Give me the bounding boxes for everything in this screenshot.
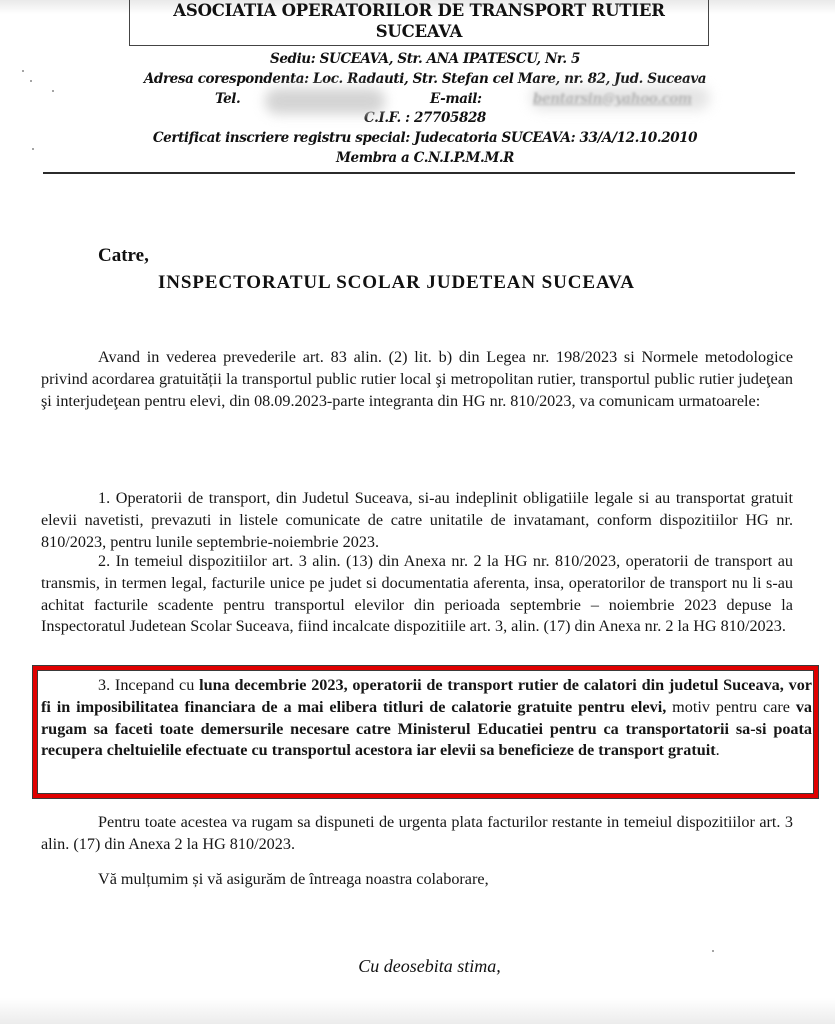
registry-certificate: Certificat inscriere registru special: J… (100, 129, 750, 149)
fiscal-code: C.I.F. : 27705828 (100, 109, 750, 129)
recipient-name: INSPECTORATUL SCOLAR JUDETEAN SUCEAVA (158, 272, 635, 294)
salutation: Catre, (98, 245, 149, 267)
organization-name-line-1: ASOCIATIA OPERATORILOR DE TRANSPORT RUTI… (130, 0, 708, 21)
scan-speck (22, 70, 24, 72)
intro-paragraph: Avand in vederea prevederile art. 83 ali… (41, 347, 793, 412)
scan-speck (30, 80, 32, 82)
email-redaction-blur (530, 86, 710, 110)
point-3-segment: motiv pentru care (666, 698, 796, 716)
phone-label: Tel. (215, 90, 240, 110)
point-1-paragraph: 1. Operatorii de transport, din Judetul … (41, 488, 793, 553)
point-3-highlighted-paragraph: 3. Incepand cu luna decembrie 2023, oper… (41, 675, 812, 762)
organization-name-line-2: SUCEAVA (130, 21, 708, 42)
scan-bottom-shadow (0, 998, 835, 1024)
scan-speck (52, 90, 54, 92)
closing-regards: Cu deosebita stima, (12, 956, 835, 977)
point-2-paragraph: 2. In temeiul dispozitiilor art. 3 alin.… (41, 551, 793, 638)
thanks-paragraph: Vă mulțumim și vă asigurăm de întreaga n… (41, 869, 793, 891)
letter-page: ASOCIATIA OPERATORILOR DE TRANSPORT RUTI… (0, 0, 835, 1024)
request-paragraph: Pentru toate acestea va rugam sa dispune… (41, 812, 793, 856)
membership-note: Membra a C.N.I.P.M.M.R (100, 149, 750, 169)
letterhead-divider (43, 172, 795, 174)
point-3-segment: 3. Incepand cu (98, 676, 199, 694)
scan-speck (32, 148, 34, 150)
letterhead-details: Sediu: SUCEAVA, Str. ANA IPATESCU, Nr. 5… (100, 50, 750, 169)
email-label: E-mail: (430, 90, 482, 110)
phone-redaction-blur (265, 88, 385, 114)
scan-speck (712, 950, 714, 952)
headquarters-address: Sediu: SUCEAVA, Str. ANA IPATESCU, Nr. 5 (100, 50, 750, 70)
organization-name-box: ASOCIATIA OPERATORILOR DE TRANSPORT RUTI… (129, 0, 709, 46)
contact-row: Tel. E-mail: bentarsin@yahoo.com (100, 90, 750, 110)
point-3-segment: . (716, 741, 720, 759)
